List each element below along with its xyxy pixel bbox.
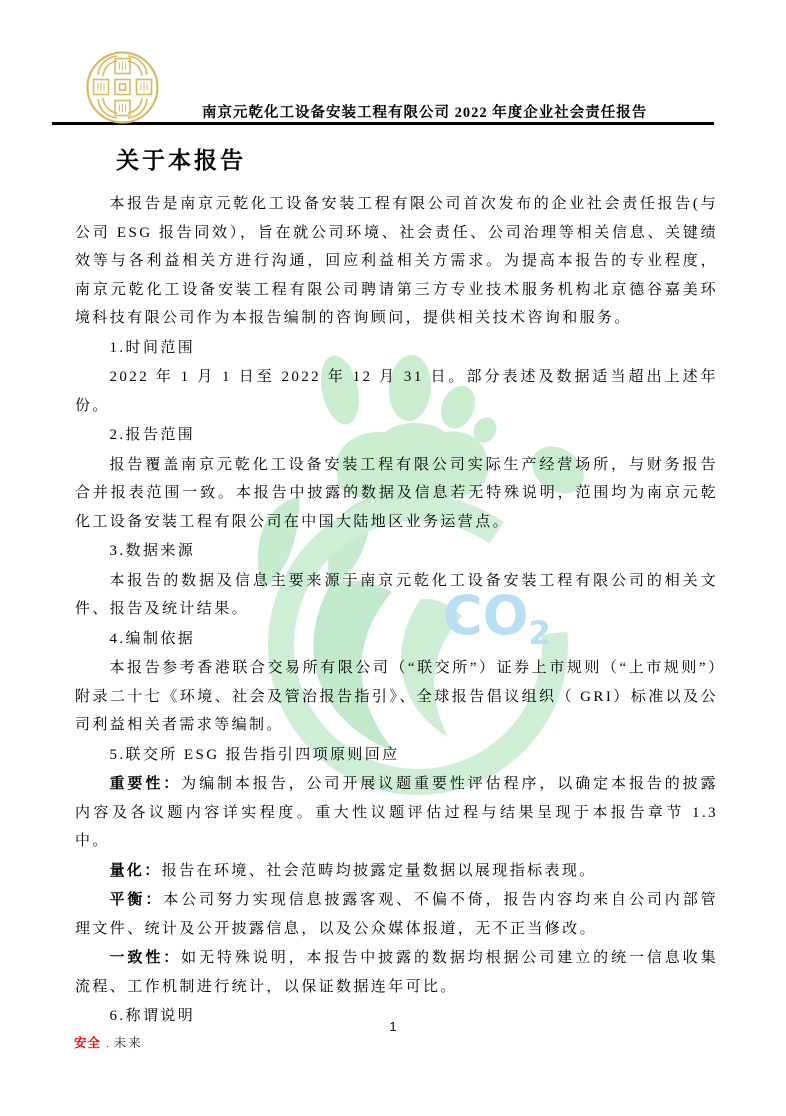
page-title: 关于本报告 [116, 142, 246, 175]
section-heading-esg-principles: 5.联交所 ESG 报告指引四项原则回应 [75, 741, 718, 770]
body-paragraph-balance: 平衡：本公司努力实现信息披露客观、不偏不倚，报告内容均来自公司内部管理文件、统计… [75, 886, 718, 943]
body-paragraph: 报告覆盖南京元乾化工设备安装工程有限公司实际生产经营场所，与财务报告合并报表范围… [75, 451, 718, 537]
slogan-suffix: 未来 [114, 1036, 143, 1050]
document-header-title: 南京元乾化工设备安装工程有限公司 2022 年度企业社会责任报告 [202, 101, 647, 122]
section-heading-time-scope: 1.时间范围 [75, 334, 718, 363]
lead-term: 一致性： [110, 950, 182, 966]
company-seal-logo [84, 49, 161, 126]
slogan-separator: . [106, 1039, 109, 1050]
body-paragraph-quantitative: 量化：报告在环境、社会范畴均披露定量数据以展现指标表现。 [75, 857, 718, 886]
page-number: 1 [0, 1019, 786, 1034]
slogan-brand: 安全 [74, 1036, 101, 1050]
report-body: 本报告是南京元乾化工设备安装工程有限公司首次发布的企业社会责任报告(与公司 ES… [75, 189, 718, 1032]
body-paragraph: 本报告是南京元乾化工设备安装工程有限公司首次发布的企业社会责任报告(与公司 ES… [75, 190, 718, 333]
body-paragraph: 2022 年 1 月 1 日至 2022 年 12 月 31 日。部分表述及数据… [75, 363, 718, 420]
lead-term: 重要性： [110, 776, 182, 792]
section-heading-report-scope: 2.报告范围 [75, 421, 718, 450]
lead-term: 量化： [110, 863, 162, 879]
footer-slogan: 安全.未来 [74, 1033, 143, 1051]
section-heading-data-source: 3.数据来源 [75, 537, 718, 566]
report-page: CO2 南京元乾化工设备安装工程有限公司 2022 年度企业社会责任报告 关于本… [0, 0, 786, 1116]
lead-term: 平衡： [110, 892, 164, 908]
body-paragraph-consistency: 一致性：如无特殊说明，本报告中披露的数据均根据公司建立的统一信息收集流程、工作机… [75, 944, 718, 1001]
body-paragraph: 本报告参考香港联合交易所有限公司（“联交所”）证券上市规则（“上市规则”）附录二… [75, 654, 718, 740]
body-paragraph-materiality: 重要性：为编制本报告，公司开展议题重要性评估程序，以确定本报告的披露内容及各议题… [75, 770, 718, 856]
section-heading-basis: 4.编制依据 [75, 625, 718, 654]
body-paragraph: 本报告的数据及信息主要来源于南京元乾化工设备安装工程有限公司的相关文件、报告及统… [75, 567, 718, 624]
